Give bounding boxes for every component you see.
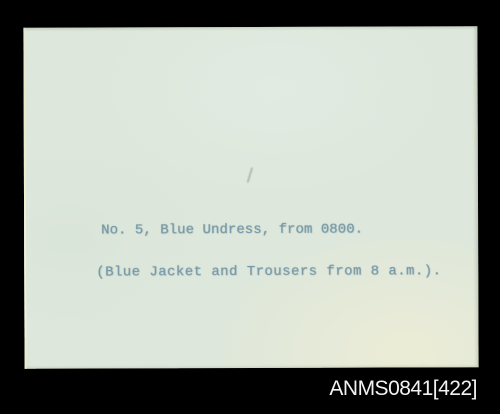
document-paper: No. 5, Blue Undress, from 0800. (Blue Ja… [23, 26, 478, 369]
catalog-number-caption: ANMS0841[422] [329, 377, 477, 400]
paper-left-edge-highlight [23, 28, 26, 369]
typed-line-1: No. 5, Blue Undress, from 0800. [101, 223, 363, 239]
typed-line-2: (Blue Jacket and Trousers from 8 a.m.). [96, 264, 441, 280]
pen-slash-mark [247, 167, 254, 183]
photo-frame: No. 5, Blue Undress, from 0800. (Blue Ja… [0, 0, 500, 414]
